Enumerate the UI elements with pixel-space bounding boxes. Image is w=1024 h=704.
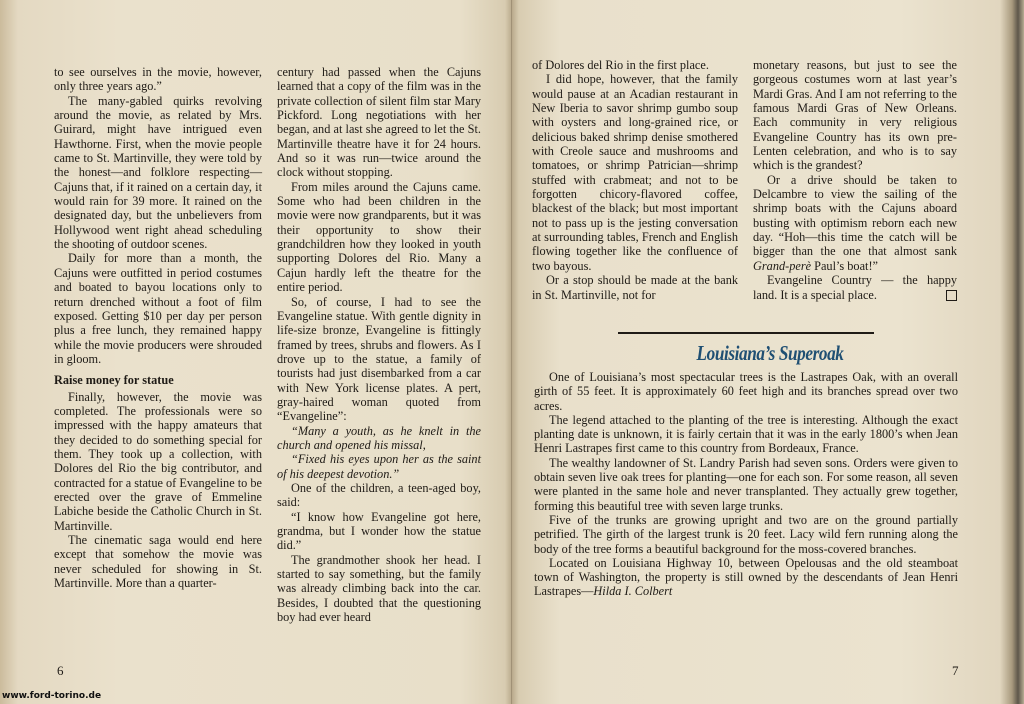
paragraph: Finally, however, the movie was complete… xyxy=(54,390,262,533)
paragraph: of Dolores del Rio in the first place. xyxy=(532,58,738,72)
magazine-spread: to see ourselves in the movie, however, … xyxy=(0,0,1024,704)
page-number: 7 xyxy=(952,663,959,679)
author-byline: Hilda I. Colbert xyxy=(593,584,672,598)
sidebar-title: Louisiana’s Superoak xyxy=(598,341,942,366)
paragraph: The cinematic saga would end here except… xyxy=(54,533,262,590)
paragraph: Or a stop should be made at the bank in … xyxy=(532,273,738,302)
paragraph: One of the children, a teen-aged boy, sa… xyxy=(277,481,481,510)
column-2: century had passed when the Cajuns learn… xyxy=(277,65,481,624)
watermark: www.ford-torino.de xyxy=(2,691,101,701)
paragraph: The many-gabled quirks revolving around … xyxy=(54,94,262,252)
text-run: Paul’s boat!” xyxy=(811,259,878,273)
paragraph: From miles around the Cajuns came. Some … xyxy=(277,180,481,295)
paragraph: So, of course, I had to see the Evangeli… xyxy=(277,295,481,424)
paragraph: The grandmother shook her head. I starte… xyxy=(277,553,481,625)
paragraph: Evangeline Country — the happy land. It … xyxy=(753,273,957,302)
text-run: Or a drive should be taken to Delcambre … xyxy=(753,173,957,259)
column-4: monetary reasons, but just to see the go… xyxy=(753,58,957,302)
poem-quote: “Fixed his eyes upon her as the saint of… xyxy=(277,452,481,481)
paragraph: Five of the trunks are growing upright a… xyxy=(534,513,958,556)
paragraph: One of Louisiana’s most spectacular tree… xyxy=(534,370,958,413)
sidebar-divider-rule xyxy=(618,332,874,334)
paragraph: The legend attached to the planting of t… xyxy=(534,413,958,456)
paragraph: monetary reasons, but just to see the go… xyxy=(753,58,957,173)
paragraph: Or a drive should be taken to Delcambre … xyxy=(753,173,957,273)
poem-quote: “Many a youth, as he knelt in the church… xyxy=(277,424,481,453)
paragraph: to see ourselves in the movie, however, … xyxy=(54,65,262,94)
paragraph: “I know how Evangeline got here, grandma… xyxy=(277,510,481,553)
column-1: to see ourselves in the movie, however, … xyxy=(54,65,262,590)
page-number: 6 xyxy=(57,663,64,679)
column-3: of Dolores del Rio in the first place. I… xyxy=(532,58,738,302)
subheading: Raise money for statue xyxy=(54,373,262,387)
end-of-article-square-icon xyxy=(946,290,957,301)
left-page: to see ourselves in the movie, however, … xyxy=(0,0,512,704)
paragraph: century had passed when the Cajuns learn… xyxy=(277,65,481,180)
paragraph: I did hope, however, that the family wou… xyxy=(532,72,738,273)
paragraph: Daily for more than a month, the Cajuns … xyxy=(54,251,262,366)
paragraph: Located on Louisiana Highway 10, between… xyxy=(534,556,958,599)
italic-term: Grand-perè xyxy=(753,259,811,273)
sidebar-body: One of Louisiana’s most spectacular tree… xyxy=(534,370,958,599)
paragraph: The wealthy landowner of St. Landry Pari… xyxy=(534,456,958,513)
text-run: Evangeline Country — the happy land. It … xyxy=(753,273,957,301)
